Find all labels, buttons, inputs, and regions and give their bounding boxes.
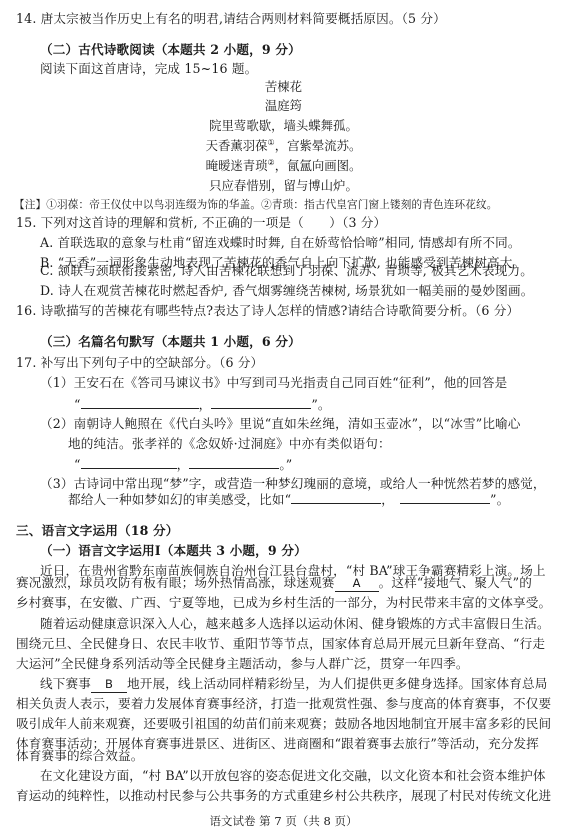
- page-footer: 语文试卷 第 7 页（共 8 页）: [0, 813, 567, 829]
- section-poetry-title: （二）古代诗歌阅读（本题共 2 小题，9 分）: [40, 42, 301, 58]
- part-3-title: 三、语言文字运用（18 分）: [16, 523, 179, 539]
- poem-line-3: 晻暧迷青琐②，氤氲向画图。: [0, 158, 567, 174]
- passage-p3-l1: 线下赛事B地开展，线上活动同样精彩纷呈，为人们提供更多健身选择。国家体育总局: [40, 676, 548, 693]
- question-15-stem: 15. 下列对这首诗的理解和赏析, 不正确的一项是（ ）（3 分）: [16, 215, 386, 231]
- passage-p1-l3: 乡村赛事，在安徽、广西、宁夏等地，已成为乡村生活的一部分，为村民带来丰富的文体享…: [16, 595, 551, 611]
- footnote-marker-2: ②: [268, 158, 275, 167]
- poem-line-2: 天香薰羽葆①，宫紫晕流苏。: [0, 138, 567, 154]
- question-17-part-2-answer: “，。”: [74, 456, 292, 473]
- question-15-option-d: D. 诗人在观赏苦楝花时燃起香炉, 香气烟雾缠绕苦楝树, 场景犹如一幅美丽的曼妙…: [40, 283, 534, 299]
- section-poetry-intro: 阅读下面这首唐诗，完成 15~16 题。: [40, 61, 257, 77]
- question-17-part-2: （2）南朝诗人鲍照在《代白头吟》里说“直如朱丝绳，清如玉壶冰”，以“冰雪”比喻心: [40, 416, 521, 432]
- passage-p3-l5: 体育赛事的综合效益。: [16, 748, 143, 764]
- answer-blank-6[interactable]: [400, 491, 490, 504]
- poem-line-4: 只应春惜别，留与博山炉。: [0, 178, 567, 194]
- question-17-part-1-answer: “，”。: [74, 396, 331, 413]
- answer-blank-2[interactable]: [211, 396, 311, 409]
- passage-p3-l3: 吸引成年人前来观赛，还要吸引祖国的幼苗们前来观赛；鼓励各地因地制宜开展丰富多彩的…: [16, 716, 551, 732]
- part-3-sub-1-title: （一）语言文字运用Ⅰ（本题共 3 小题，9 分）: [40, 543, 307, 559]
- passage-p4-l1: 在文化建设方面，“村 BA”以开放包容的姿态促进文化交融，以文化资本和社会资本维…: [40, 768, 546, 784]
- blank-b[interactable]: B: [91, 676, 127, 693]
- passage-p1-l2: 赛况激烈，球员攻防有板有眼；场外热情高涨，球迷观赛A。这样“接地气、聚人气”的: [16, 575, 532, 592]
- passage-p2-l1: 随着运动健康意识深入人心，越来越多人选择以运动休闲、健身锻炼的方式丰富假日生活。: [40, 616, 550, 632]
- passage-p4-l2: 育运动的纯粹性，以推动村民参与公共事务的方式重建乡村公共秩序，展现了村民对传统文…: [16, 788, 551, 804]
- passage-p2-l3: 大运河”全民健身系列活动等全民健身主题活动，参与人群广泛，贯穿一年四季。: [16, 656, 469, 672]
- answer-blank-4[interactable]: [189, 456, 279, 469]
- question-17-part-3: （3）古诗词中常出现“梦”字，或营造一种梦幻瑰丽的意境，或给人一种恍然若梦的感觉…: [40, 476, 546, 492]
- question-15-option-c: C. 颔联与颈联衔接紧密, 诗人由苦楝花联想到了羽葆、流苏、青琐等, 极具艺术表…: [40, 263, 533, 279]
- passage-p3-l2: 相关负责人表示，要着力发展体育赛事经济，打造一批观赏性强、参与度高的体育赛事，不…: [16, 696, 551, 712]
- section-recitation-title: （三）名篇名句默写（本题共 1 小题，6 分）: [40, 334, 301, 350]
- poem-title: 苦楝花: [0, 79, 567, 95]
- question-15-option-a: A. 首联选取的意象与杜甫“留连戏蝶时时舞, 自在娇莺恰恰啼”相同, 情感却有所…: [40, 235, 521, 251]
- question-17-part-2-cont: 地的纯洁。张孝祥的《念奴娇·过洞庭》中亦有类似语句：: [68, 436, 391, 452]
- question-17-part-1: （1）王安石在《答司马谏议书》中写到司马光指责自己同百姓“征利”，他的回答是: [40, 375, 507, 391]
- question-17-stem: 17. 补写出下列句子中的空缺部分。（6 分）: [16, 355, 263, 371]
- answer-blank-1[interactable]: [81, 396, 199, 409]
- poem-author: 温庭筠: [0, 98, 567, 114]
- blank-a[interactable]: A: [335, 575, 379, 592]
- passage-p2-l2: 围绕元旦、全民健身日、农民丰收节、重阳节等节点，国家体育总局开展元旦新年登高、“…: [16, 636, 545, 652]
- poem-line-1: 院里莺歌歇，墙头蝶舞孤。: [0, 118, 567, 134]
- question-14: 14. 唐太宗被当作历史上有名的明君,请结合两则材料简要概括原因。（5 分）: [16, 11, 446, 27]
- answer-blank-5[interactable]: [291, 491, 381, 504]
- question-16: 16. 诗歌描写的苦楝花有哪些特点?表达了诗人怎样的情感?请结合诗歌简要分析。（…: [16, 303, 519, 319]
- poem-annotation: 【注】①羽葆：帝王仪仗中以鸟羽连缀为饰的华盖。②青琐：指古代皇宫门窗上镂刻的青色…: [14, 197, 497, 213]
- footnote-marker-1: ①: [268, 138, 275, 147]
- question-17-part-3-cont: 都给人一种如梦如幻的审美感受，比如“，”。: [68, 491, 509, 508]
- answer-blank-3[interactable]: [81, 456, 177, 469]
